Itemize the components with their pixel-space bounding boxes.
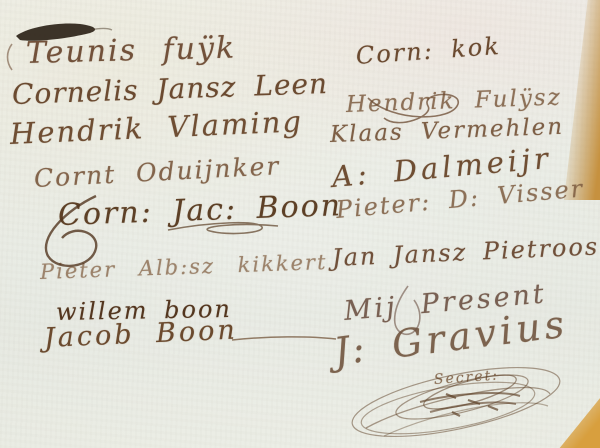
manuscript-signature-page: Teunis fuÿk Cornelis Jansz Leen Hendrik … bbox=[0, 0, 600, 448]
signature-teunis-fuyk: Teunis fuÿk bbox=[26, 31, 237, 71]
